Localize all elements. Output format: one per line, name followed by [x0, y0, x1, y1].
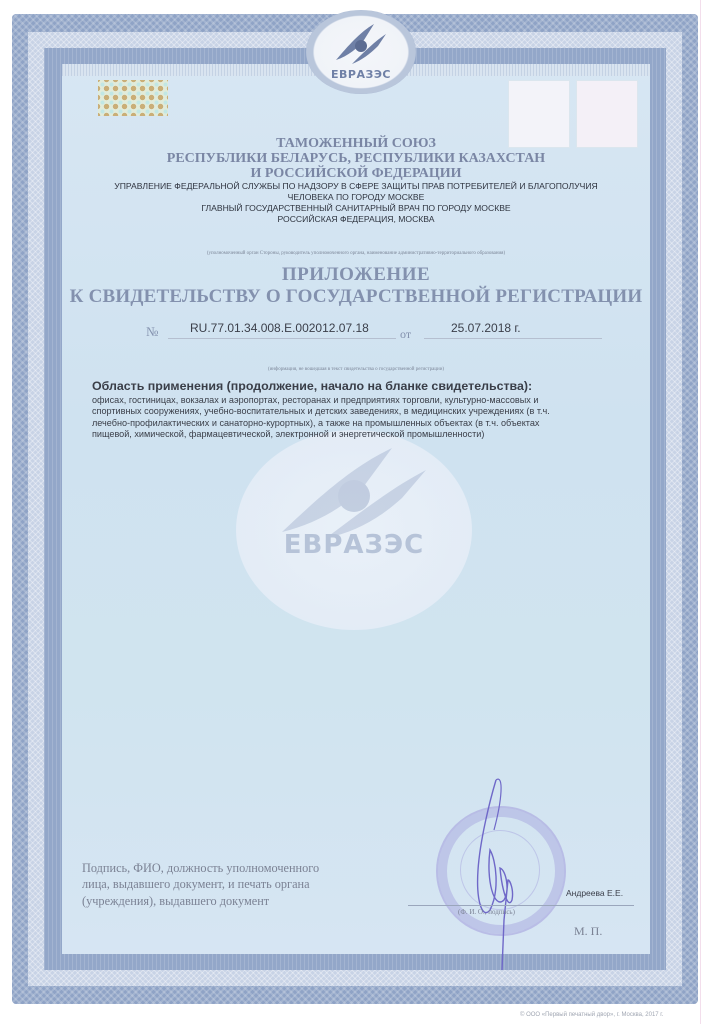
eurasec-emblem-icon: [334, 20, 388, 66]
scan-edge-line: [700, 0, 701, 1024]
registration-row: № RU.77.01.34.008.E.002012.07.18 от 25.0…: [146, 320, 536, 342]
agency-line-3: ГЛАВНЫЙ ГОСУДАРСТВЕННЫЙ САНИТАРНЫЙ ВРАЧ …: [62, 203, 650, 214]
eurasec-emblem: ЕВРАЗЭС: [306, 10, 416, 94]
signer-name: Андреева Е.Е.: [566, 888, 623, 898]
agency-line-2: ЧЕЛОВЕКА ПО ГОРОДУ МОСКВЕ: [62, 192, 650, 203]
signature-instructions: Подпись, ФИО, должность уполномоченного …: [82, 860, 392, 909]
agency-line-1: УПРАВЛЕНИЕ ФЕДЕРАЛЬНОЙ СЛУЖБЫ ПО НАДЗОРУ…: [62, 181, 650, 192]
document-subtitle: К СВИДЕТЕЛЬСТВУ О ГОСУДАРСТВЕННОЙ РЕГИСТ…: [62, 286, 650, 308]
watermark-label: ЕВРАЗЭС: [236, 530, 472, 560]
registration-number: RU.77.01.34.008.E.002012.07.18: [190, 321, 369, 335]
scope-heading: Область применения (продолжение, начало …: [92, 379, 532, 393]
scope-line: пищевой, химической, фармацевтической, э…: [92, 429, 632, 440]
date-label: от: [400, 327, 411, 342]
signature-instruction-line: Подпись, ФИО, должность уполномоченного: [82, 860, 392, 876]
union-heading-2: РЕСПУБЛИКИ БЕЛАРУСЬ, РЕСПУБЛИКИ КАЗАХСТА…: [62, 151, 650, 167]
signature-instruction-line: (учреждения), выдавшего документ: [82, 893, 392, 909]
seal-place-label: М. П.: [574, 924, 602, 939]
date-underline: [424, 338, 602, 339]
watermark-emblem-icon: [276, 440, 432, 540]
agency-line-4: РОССИЙСКАЯ ФЕДЕРАЦИЯ, МОСКВА: [62, 214, 650, 225]
printer-copyright: © ООО «Первый печатный двор», г. Москва,…: [520, 1012, 663, 1018]
signature-underline: [408, 905, 634, 906]
hologram-patch: [98, 80, 168, 116]
scope-line: офисах, гостиницах, вокзалах и аэропорта…: [92, 395, 632, 406]
registration-date: 25.07.2018 г.: [451, 321, 521, 335]
handwritten-signature-icon: [460, 770, 540, 970]
registration-caption: (информация, не вошедшая в текст свидете…: [62, 367, 650, 372]
scope-text: офисах, гостиницах, вокзалах и аэропорта…: [92, 395, 632, 440]
emblem-label: ЕВРАЗЭС: [306, 68, 416, 81]
scope-line: спортивных сооружениях, учебно-воспитате…: [92, 406, 632, 417]
scope-line: лечебно-профилактических и санаторно-кур…: [92, 418, 632, 429]
fio-caption: (Ф. И. О., подпись): [458, 908, 515, 916]
document-title: ПРИЛОЖЕНИЕ: [62, 264, 650, 286]
agency-caption: (уполномоченный орган Стороны, руководит…: [62, 251, 650, 256]
watermark-emblem: ЕВРАЗЭС: [236, 430, 472, 630]
union-heading-3: И РОССИЙСКОЙ ФЕДЕРАЦИИ: [62, 166, 650, 182]
number-underline: [168, 338, 396, 339]
union-heading-1: ТАМОЖЕННЫЙ СОЮЗ: [62, 136, 650, 152]
signature-instruction-line: лица, выдавшего документ, и печать орган…: [82, 876, 392, 892]
number-label: №: [146, 324, 158, 340]
